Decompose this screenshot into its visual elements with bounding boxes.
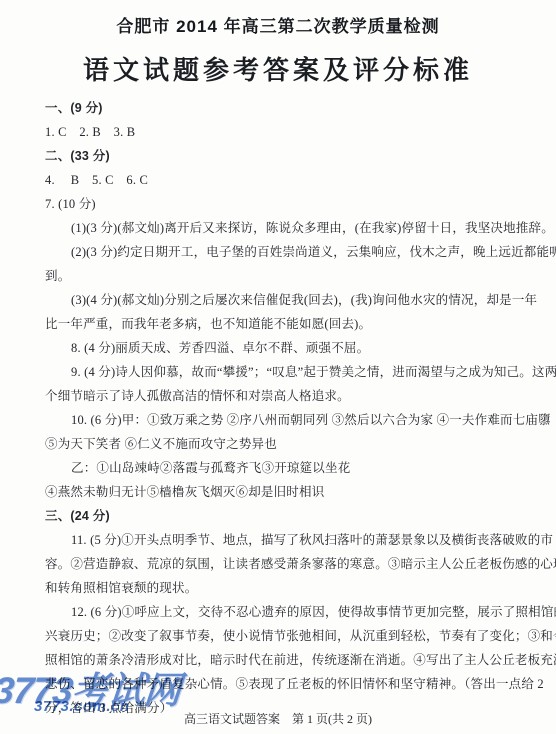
text-line: 12. (6 分)①呼应上文，交待不忍心遗弃的原因，使得故事情节更加完整，展示了… bbox=[45, 600, 523, 624]
text-line: 兴衰历史；②改变了叙事节奏，使小说情节张弛相间，从沉重到轻松，节奏有了变化；③和… bbox=[45, 624, 523, 648]
text-line: 到。 bbox=[45, 264, 523, 288]
text-line: 8. (4 分)丽质天成、芳香四溢、卓尔不群、顽强不屈。 bbox=[45, 336, 523, 360]
text-line: 比一年严重，而我年老多病，也不知道能不能如愿(回去)。 bbox=[45, 312, 523, 336]
page-footer: 高三语文试题答案 第 1 页(共 2 页) bbox=[0, 710, 556, 727]
text-line: 11. (5 分)①开头点明季节、地点，描写了秋风扫落叶的萧瑟景象以及横街丧落破… bbox=[45, 528, 523, 552]
text-line: 9. (4 分)诗人因仰慕，故而“攀援”；“叹息”起于赞美之情，进而渴望与之成为… bbox=[45, 360, 523, 384]
text-line: 4. B 5. C 6. C bbox=[45, 168, 523, 192]
page-subtitle: 语文试题参考答案及评分标准 bbox=[0, 50, 556, 87]
text-line: ④燕然未勒归无计⑤樯橹灰飞烟灭⑥却是旧时相识 bbox=[45, 480, 523, 504]
answer-sheet-page: 合肥市 2014 年高三第二次教学质量检测 语文试题参考答案及评分标准 一、(9… bbox=[0, 0, 556, 734]
text-line: 三、(24 分) bbox=[45, 504, 523, 528]
text-line: (2)(3 分)约定日期开工，电子堡的百姓崇尚道义，云集响应，伐木之声，晚上远近… bbox=[45, 240, 523, 264]
text-line: 二、(33 分) bbox=[45, 144, 523, 168]
text-line: 容。②营造静寂、荒凉的氛围，让读者感受萧条寥落的寒意。③暗示主人公丘老板伤感的心… bbox=[45, 552, 523, 576]
text-line: 一、(9 分) bbox=[45, 96, 523, 120]
text-line: (3)(4 分)(郝文灿)分别之后屡次来信催促我(回去)，(我)询问他水灾的情况… bbox=[45, 288, 523, 312]
text-line: ⑤为天下笑者 ⑥仁义不施而攻守之势异也 bbox=[45, 432, 523, 456]
page-title: 合肥市 2014 年高三第二次教学质量检测 bbox=[0, 12, 556, 37]
text-line: 1. C 2. B 3. B bbox=[45, 120, 523, 144]
text-line: 乙：①山岛竦峙②落霞与孤鹜齐飞③开琼筵以坐花 bbox=[45, 456, 523, 480]
text-line: 10. (6 分)甲：①致万乘之势 ②序八州而朝同列 ③然后以六合为家 ④一夫作… bbox=[45, 408, 523, 432]
text-line: 7. (10 分) bbox=[45, 192, 523, 216]
text-line: 和转角照相馆衰颓的现状。 bbox=[45, 576, 523, 600]
answers-body: 一、(9 分)1. C 2. B 3. B二、(33 分)4. B 5. C 6… bbox=[45, 96, 523, 720]
text-line: (1)(3 分)(郝文灿)离开后又来探访，陈说众多理由，(在我家)停留十日，我坚… bbox=[45, 216, 523, 240]
text-line: 个细节暗示了诗人孤傲高洁的情怀和对崇高人格追求。 bbox=[45, 384, 523, 408]
